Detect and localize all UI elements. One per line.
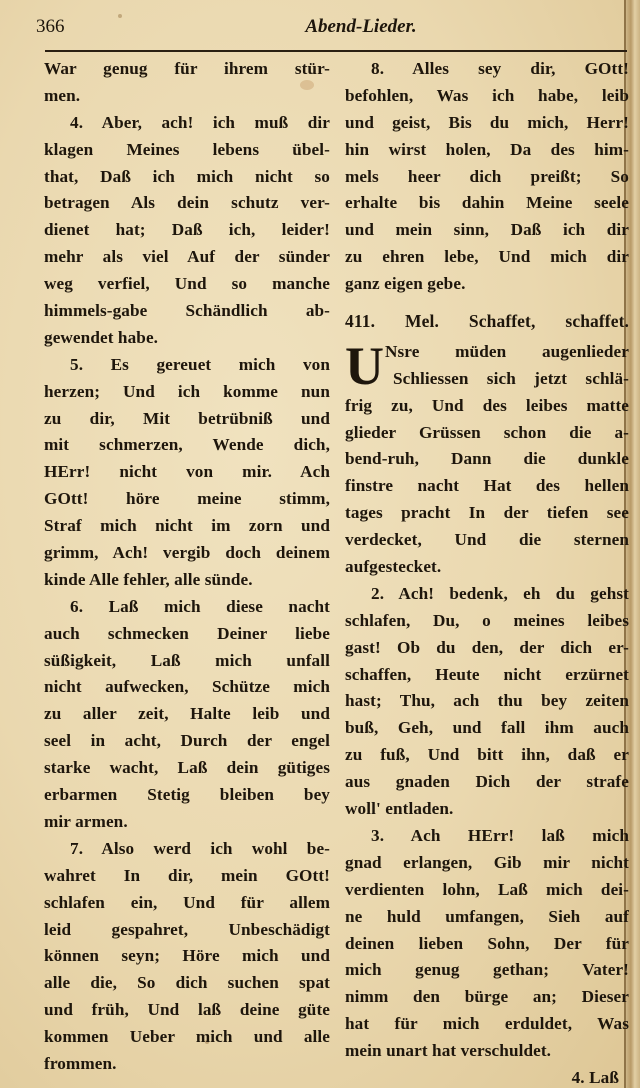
text-line: erbarmen Stetig bleiben bey	[44, 782, 330, 809]
text-line: zu ehren lebe, Und mich dir	[345, 244, 629, 271]
text-line: glieder Grüssen schon die a-	[345, 420, 629, 447]
text-line: grimm, Ach! vergib doch deinem	[44, 540, 330, 567]
text-line: verdienten lohn, Laß mich dei-	[345, 877, 629, 904]
text-line: mehr als viel Auf der sünder	[44, 244, 330, 271]
text-line: mels heer dich preißt; So	[345, 164, 629, 191]
text-line: herzen; Und ich komme nun	[44, 379, 330, 406]
text-line: hast; Thu, ach thu bey zeiten	[345, 688, 629, 715]
text-line: können seyn; Höre mich und	[44, 943, 330, 970]
drop-cap: U	[345, 341, 384, 391]
text-line: nimm den bürge an; Dieser	[345, 984, 629, 1011]
text-line: schlafen, Du, o meines leibes	[345, 608, 629, 635]
text-line: erhalte bis dahin Meine seele	[345, 190, 629, 217]
hymn-heading: 411. Mel. Schaffet, schaffet.	[345, 308, 629, 335]
text-line: wahret In dir, mein GOtt!	[44, 863, 330, 890]
verse-6-start: 6. Laß mich diese nacht	[44, 594, 330, 621]
text-line: gast! Ob du den, der dich er-	[345, 635, 629, 662]
verse-7-start: 7. Also werd ich wohl be-	[44, 836, 330, 863]
text-line: und früh, Und laß deine güte	[44, 997, 330, 1024]
text-line: himmels-gabe Schändlich ab-	[44, 298, 330, 325]
text-line: mich genug gethan; Vater!	[345, 957, 629, 984]
left-column: War genug für ihrem stür- men. 4. Aber, …	[44, 56, 330, 1078]
verse-4-start: 4. Aber, ach! ich muß dir	[44, 110, 330, 137]
text-line: alle die, So dich suchen spat	[44, 970, 330, 997]
verse-5-start: 5. Es gereuet mich von	[44, 352, 330, 379]
header-rule	[45, 50, 627, 52]
text-line: und geist, Bis du mich, Herr!	[345, 110, 629, 137]
running-title: Abend-Lieder.	[36, 16, 596, 38]
text-line: men.	[44, 83, 330, 110]
hymn-opening: U Nsre müden augenlieder Schliessen sich…	[345, 339, 629, 393]
text-line: auch schmecken Deiner liebe	[44, 621, 330, 648]
text-line: frommen.	[44, 1051, 330, 1078]
text-line: hat für mich erduldet, Was	[345, 1011, 629, 1038]
text-line: Nsre müden augenlieder	[345, 339, 629, 366]
text-line: dienet hat; Daß ich, leider!	[44, 217, 330, 244]
text-line: schlafen ein, Und für allem	[44, 890, 330, 917]
text-line: klagen Meines lebens übel-	[44, 137, 330, 164]
verse-8-start: 8. Alles sey dir, GOtt!	[345, 56, 629, 83]
text-line: mir armen.	[44, 809, 330, 836]
text-line: befohlen, Was ich habe, leib	[345, 83, 629, 110]
verse-3-start: 3. Ach HErr! laß mich	[345, 823, 629, 850]
text-line: woll' entladen.	[345, 796, 629, 823]
text-line: gnad erlangen, Gib mir nicht	[345, 850, 629, 877]
catchword: 4. Laß	[345, 1065, 629, 1088]
text-line: zu aller zeit, Halte leib und	[44, 701, 330, 728]
text-line: HErr! nicht von mir. Ach	[44, 459, 330, 486]
text-line: frig zu, Und des leibes matte	[345, 393, 629, 420]
text-line: leid gespahret, Unbeschädigt	[44, 917, 330, 944]
text-line: GOtt! höre meine stimm,	[44, 486, 330, 513]
text-line: aus gnaden Dich der strafe	[345, 769, 629, 796]
verse-2-start: 2. Ach! bedenk, eh du gehst	[345, 581, 629, 608]
text-line: und mein sinn, Daß ich dir	[345, 217, 629, 244]
text-line: bend-ruh, Dann die dunkle	[345, 446, 629, 473]
text-line: zu fuß, Und bitt ihn, daß er	[345, 742, 629, 769]
text-line: betragen Als dein schutz ver-	[44, 190, 330, 217]
text-line: buß, Geh, und fall ihm auch	[345, 715, 629, 742]
text-line: süßigkeit, Laß mich unfall	[44, 648, 330, 675]
text-line: kommen Ueber mich und alle	[44, 1024, 330, 1051]
text-line: seel in acht, Durch der engel	[44, 728, 330, 755]
text-line: deinen lieben Sohn, Der für	[345, 931, 629, 958]
text-line: schaffen, Heute nicht erzürnet	[345, 662, 629, 689]
text-line: finstre nacht Hat des hellen	[345, 473, 629, 500]
right-column: 8. Alles sey dir, GOtt! befohlen, Was ic…	[345, 56, 629, 1088]
text-line: weg verfiel, Und so manche	[44, 271, 330, 298]
text-line: Schliessen sich jetzt schlä-	[345, 366, 629, 393]
text-line: hin wirst holen, Da des him-	[345, 137, 629, 164]
text-line: ne huld umfangen, Sieh auf	[345, 904, 629, 931]
text-line: verdecket, Und die sternen	[345, 527, 629, 554]
text-line: ganz eigen gebe.	[345, 271, 629, 298]
text-line: mein unart hat verschuldet.	[345, 1038, 629, 1065]
text-line: mit schmerzen, Wende dich,	[44, 432, 330, 459]
text-line: zu dir, Mit betrübniß und	[44, 406, 330, 433]
text-line: nicht aufwecken, Schütze mich	[44, 674, 330, 701]
text-line: tages pracht In der tiefen see	[345, 500, 629, 527]
text-line: aufgestecket.	[345, 554, 629, 581]
text-line: Straf mich nicht im zorn und	[44, 513, 330, 540]
text-line: starke wacht, Laß dein gütiges	[44, 755, 330, 782]
page-header: 366 Abend-Lieder.	[36, 14, 624, 48]
text-line: War genug für ihrem stür-	[44, 56, 330, 83]
text-line: gewendet habe.	[44, 325, 330, 352]
text-line: that, Daß ich mich nicht so	[44, 164, 330, 191]
text-line: kinde Alle fehler, alle sünde.	[44, 567, 330, 594]
